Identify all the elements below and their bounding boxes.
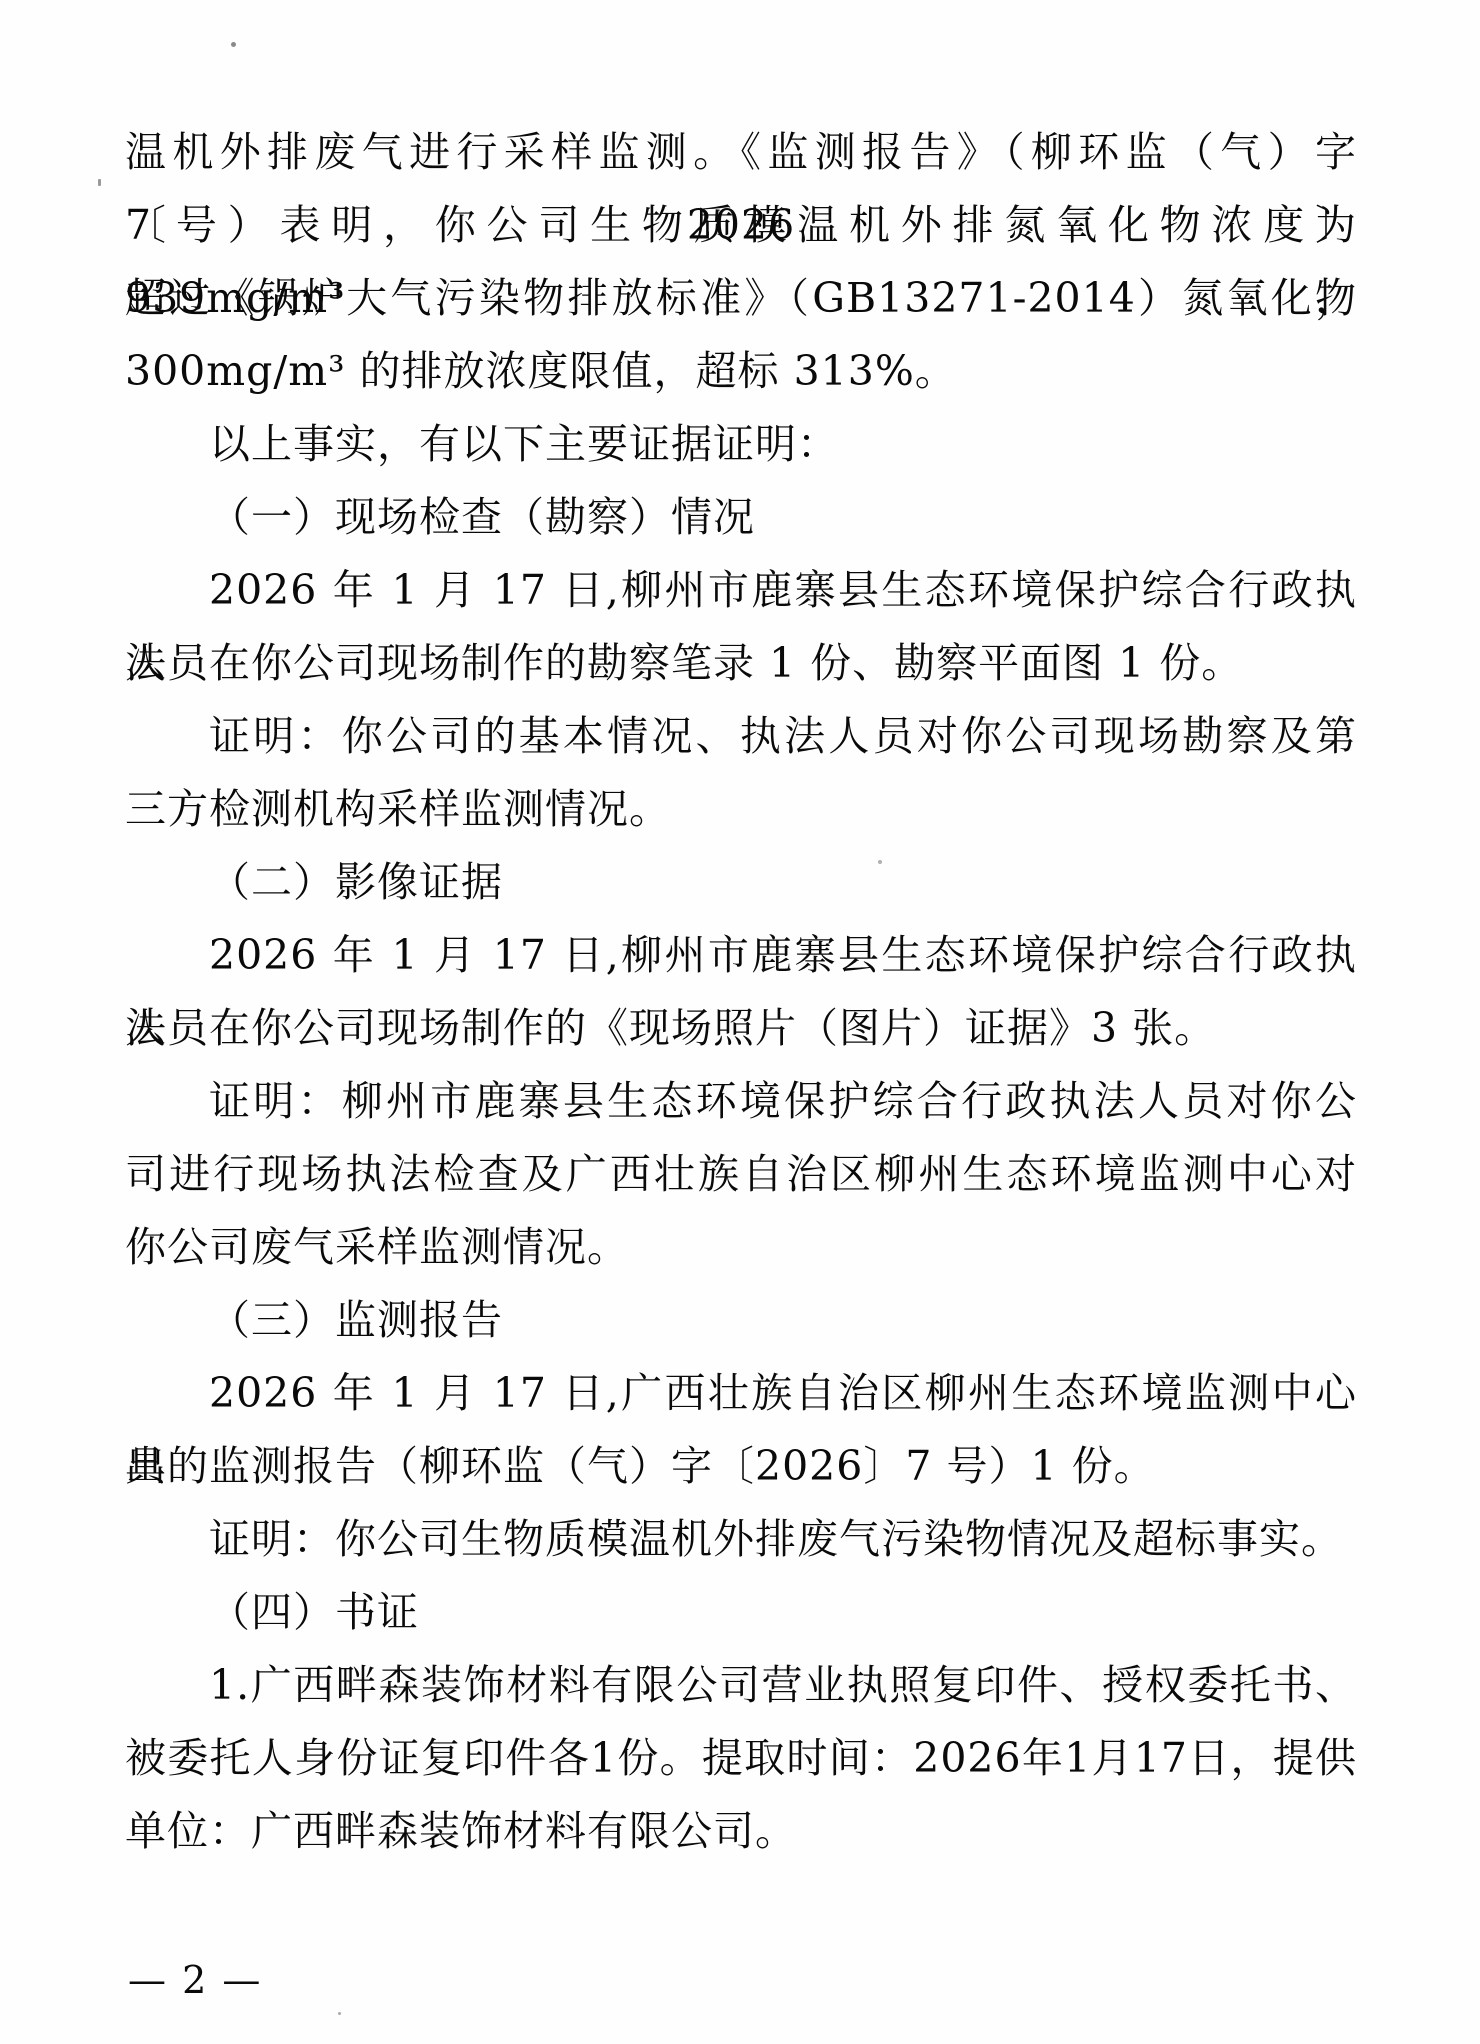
text-line: 三方检测机构采样监测情况。: [125, 773, 1357, 846]
text-line: 2026 年 1 月 17 日,柳州市鹿寨县生态环境保护综合行政执法: [125, 919, 1357, 992]
text-line: 证明：柳州市鹿寨县生态环境保护综合行政执法人员对你公: [125, 1065, 1357, 1138]
text-line: 证明：你公司生物质模温机外排废气污染物情况及超标事实。: [125, 1503, 1357, 1576]
scan-speckle: [231, 42, 236, 47]
text-line: 人员在你公司现场制作的《现场照片（图片）证据》3 张。: [125, 992, 1357, 1065]
text-line: 7 号）表明，你公司生物质模温机外排氮氧化物浓度为 939mg/m³，: [125, 189, 1357, 262]
text-line: 具的监测报告（柳环监（气）字〔2026〕7 号）1 份。: [125, 1430, 1357, 1503]
section-heading-2: （二）影像证据: [125, 846, 1357, 919]
text-line: 单位：广西畔森装饰材料有限公司。: [125, 1795, 1357, 1868]
section-heading-4: （四）书证: [125, 1576, 1357, 1649]
text-line: 人员在你公司现场制作的勘察笔录 1 份、勘察平面图 1 份。: [125, 627, 1357, 700]
text-line: 证明：你公司的基本情况、执法人员对你公司现场勘察及第: [125, 700, 1357, 773]
document-body: 温机外排废气进行采样监测。《监测报告》（柳环监（气）字〔2026〕 7 号）表明…: [125, 116, 1357, 1868]
text-line: 1.广西畔森装饰材料有限公司营业执照复印件、授权委托书、: [125, 1649, 1357, 1722]
text-line: 2026 年 1 月 17 日,广西壮族自治区柳州生态环境监测中心出: [125, 1357, 1357, 1430]
text-line: 超过《锅炉大气污染物排放标准》（GB13271-2014）氮氧化物: [125, 262, 1357, 335]
text-line: 以上事实，有以下主要证据证明：: [125, 408, 1357, 481]
scan-speckle: [98, 179, 101, 186]
text-line: 司进行现场执法检查及广西壮族自治区柳州生态环境监测中心对: [125, 1138, 1357, 1211]
scan-speckle: [338, 2012, 341, 2015]
text-line: 300mg/m³ 的排放浓度限值，超标 313%。: [125, 335, 1357, 408]
text-line: 2026 年 1 月 17 日,柳州市鹿寨县生态环境保护综合行政执法: [125, 554, 1357, 627]
text-line: 温机外排废气进行采样监测。《监测报告》（柳环监（气）字〔2026〕: [125, 116, 1357, 189]
scan-speckle: [878, 860, 882, 864]
page-number: — 2 —: [128, 1958, 262, 2002]
scanned-document-page: 温机外排废气进行采样监测。《监测报告》（柳环监（气）字〔2026〕 7 号）表明…: [0, 0, 1480, 2044]
section-heading-1: （一）现场检查（勘察）情况: [125, 481, 1357, 554]
section-heading-3: （三）监测报告: [125, 1284, 1357, 1357]
text-line: 被委托人身份证复印件各1份。提取时间：2026年1月17日，提供: [125, 1722, 1357, 1795]
text-line: 你公司废气采样监测情况。: [125, 1211, 1357, 1284]
